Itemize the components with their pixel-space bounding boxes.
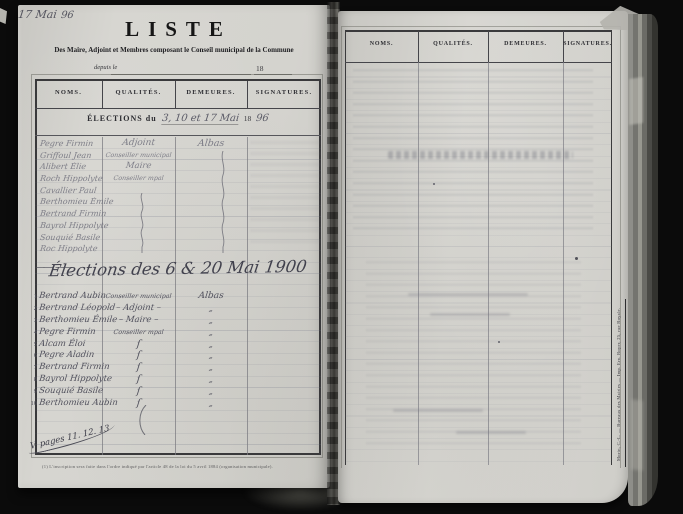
entry-quality: – Adjoint – (101, 303, 175, 315)
header-underline (35, 108, 321, 109)
entry-row: 8 Bayrol Hippolyte ſ „ (35, 374, 321, 386)
entry-row: 10 Berthomieu Aubin ſ „ (35, 398, 321, 410)
ditto-squiggle (137, 193, 147, 253)
entry-quality: Maire (101, 161, 175, 173)
ditto-squiggle (217, 151, 229, 253)
page-subtitle: Des Maire, Adjoint et Membres composant … (18, 46, 330, 54)
entry-name: Alcam Éloi (38, 339, 86, 351)
entry-row: 1 Bertrand Aubin Conseiller municipal Al… (35, 291, 321, 303)
entry-name: Berthomieu Émile (39, 196, 114, 208)
entry-quality: Conseiller mpal (101, 173, 175, 185)
row-number: 9 (27, 386, 37, 398)
elections-1900-heading-band: —— Élections des 6 & 20 Mai 1900 —— (35, 257, 321, 289)
since-date-handwritten: 17 Mai (17, 8, 57, 21)
ink-smudge (430, 313, 510, 316)
entry-quality: ſ (101, 374, 175, 386)
paper-speck (498, 341, 500, 343)
entry-quality: Conseiller mpal (101, 327, 175, 339)
entry-quality: ſ (101, 350, 175, 362)
entry-row: Roch Hippolyte Conseiller mpal (35, 173, 321, 185)
entry-residence: Albas (174, 138, 247, 150)
entry-name: Griffoul Jean (39, 150, 92, 162)
entry-name: Bertrand Aubin (38, 291, 106, 303)
since-year-handwritten: 96 (60, 10, 74, 21)
column-header-noms: NOMS. (345, 41, 418, 47)
paper-speck (433, 183, 435, 185)
header-underline (345, 62, 612, 63)
row-number: 5 (27, 339, 37, 351)
since-label: depuis le (94, 64, 117, 71)
entry-quality: Conseiller municipal (101, 150, 175, 162)
entry-row: Bayrol Hippolyte (35, 220, 321, 232)
printer-imprint: Morin, C.-L. — Bureaux des Mairies — Imp… (616, 299, 621, 461)
band-underline (35, 135, 321, 136)
entry-name: Souquié Basile (39, 232, 101, 244)
entry-row: Bertrand Firmin (35, 208, 321, 220)
elections-year-handwritten: 96 (256, 113, 270, 124)
column-header-noms: NOMS. (35, 89, 102, 96)
entry-residence: „ (174, 327, 247, 339)
paper-corner-speck (0, 8, 7, 24)
entry-quality: Conseiller municipal (101, 291, 175, 303)
entry-name: Pegre Firmin (39, 138, 94, 150)
ink-bleedthrough (366, 261, 581, 446)
paper-speck (575, 257, 578, 260)
entry-row: Berthomieu Émile (35, 196, 321, 208)
ink-smudge (456, 431, 526, 434)
column-header-signatures: SIGNATURES. (247, 89, 321, 96)
entry-name: Pegre Aladin (38, 350, 95, 362)
entry-residence: „ (174, 339, 247, 351)
entry-residence: Albas (174, 291, 247, 303)
elections-year-printed: 18 (244, 114, 252, 123)
column-header-qualites: QUALITÉS. (102, 89, 175, 96)
page-edge-line (625, 299, 626, 467)
entry-row: 4 Pegre Firmin Conseiller mpal „ (35, 327, 321, 339)
ink-bleedthrough-heading (388, 151, 573, 159)
row-number: 2 (27, 303, 37, 315)
entry-row: 5 Alcam Éloi ſ „ (35, 339, 321, 351)
entry-row: 6 Pegre Aladin ſ „ (35, 350, 321, 362)
entry-name: Bertrand Firmin (39, 208, 107, 220)
row-number: 4 (27, 327, 37, 339)
entry-residence: „ (174, 315, 247, 327)
entry-quality: – Maire – (101, 315, 175, 327)
entry-residence: „ (174, 303, 247, 315)
entry-name: Pegre Firmin (38, 327, 96, 339)
entry-row: Roc Hippolyte (35, 243, 321, 255)
entry-row: Pegre Firmin Adjoint Albas (35, 138, 321, 150)
entry-residence: „ (174, 362, 247, 374)
row-number: 10 (27, 398, 37, 410)
elections-dates-handwritten: 3, 10 et 17 Mai (161, 113, 240, 125)
entry-name: Souquié Basile (38, 386, 103, 398)
entry-row: 2 Bertrand Léopold – Adjoint – „ (35, 303, 321, 315)
entry-row: Souquié Basile (35, 232, 321, 244)
footnote: (1) L'inscription sera faite dans l'ordr… (42, 464, 314, 469)
entry-row: Alibert Élie Maire (35, 161, 321, 173)
row-number: 7 (27, 362, 37, 374)
entry-quality: ſ (101, 362, 175, 374)
ink-smudge (393, 409, 483, 412)
register-right-page: NOMS. QUALITÉS. DEMEURES. SIGNATURES. Mo… (338, 11, 628, 503)
column-header-signatures: SIGNATURES. (563, 41, 612, 47)
entries-1896: Pegre Firmin Adjoint Albas Griffoul Jean… (35, 138, 321, 255)
since-year-printed: 18 (256, 64, 264, 73)
page-edges-stack (628, 14, 658, 506)
entry-residence: „ (174, 398, 247, 410)
entries-1900: 1 Bertrand Aubin Conseiller municipal Al… (35, 291, 321, 410)
entry-quality: ſ (101, 339, 175, 351)
entry-row: 7 Bertrand Firmin ſ „ (35, 362, 321, 374)
entry-quality: Adjoint (101, 138, 175, 150)
register-left-page: LISTE Des Maire, Adjoint et Membres comp… (18, 5, 330, 488)
entry-name: Bertrand Firmin (38, 362, 110, 374)
entry-row: Cavallier Paul (35, 185, 321, 197)
register-photo: LISTE Des Maire, Adjoint et Membres comp… (0, 0, 683, 514)
elections-label: ÉLECTIONS du (87, 114, 157, 123)
entry-residence: „ (174, 350, 247, 362)
row-number: 1 (27, 291, 37, 303)
entry-row: 9 Souquié Basile ſ „ (35, 386, 321, 398)
ink-smudge (408, 293, 528, 296)
column-header-qualites: QUALITÉS. (418, 41, 488, 47)
entry-name: Alibert Élie (39, 161, 86, 173)
column-header-demeures: DEMEURES. (488, 41, 563, 47)
entry-quality: ſ (101, 386, 175, 398)
entry-name: Cavallier Paul (39, 185, 97, 197)
entry-name: Roc Hippolyte (39, 243, 98, 255)
entry-residence: „ (174, 374, 247, 386)
row-number: 3 (27, 315, 37, 327)
entry-row: 3 Berthomieu Émile – Maire – „ (35, 315, 321, 327)
entry-residence: „ (174, 386, 247, 398)
column-header-demeures: DEMEURES. (175, 89, 247, 96)
row-number: 6 (27, 350, 37, 362)
entry-name: Roch Hippolyte (39, 173, 103, 185)
elections-1896-band: ÉLECTIONS du 3, 10 et 17 Mai 18 96 (35, 113, 321, 125)
elections-1900-heading: Élections des 6 & 20 Mai 1900 (35, 257, 321, 282)
row-number: 8 (27, 374, 37, 386)
entry-row: Griffoul Jean Conseiller municipal (35, 150, 321, 162)
pen-dash: —— (54, 262, 71, 273)
entry-name: Bayrol Hippolyte (39, 220, 109, 232)
